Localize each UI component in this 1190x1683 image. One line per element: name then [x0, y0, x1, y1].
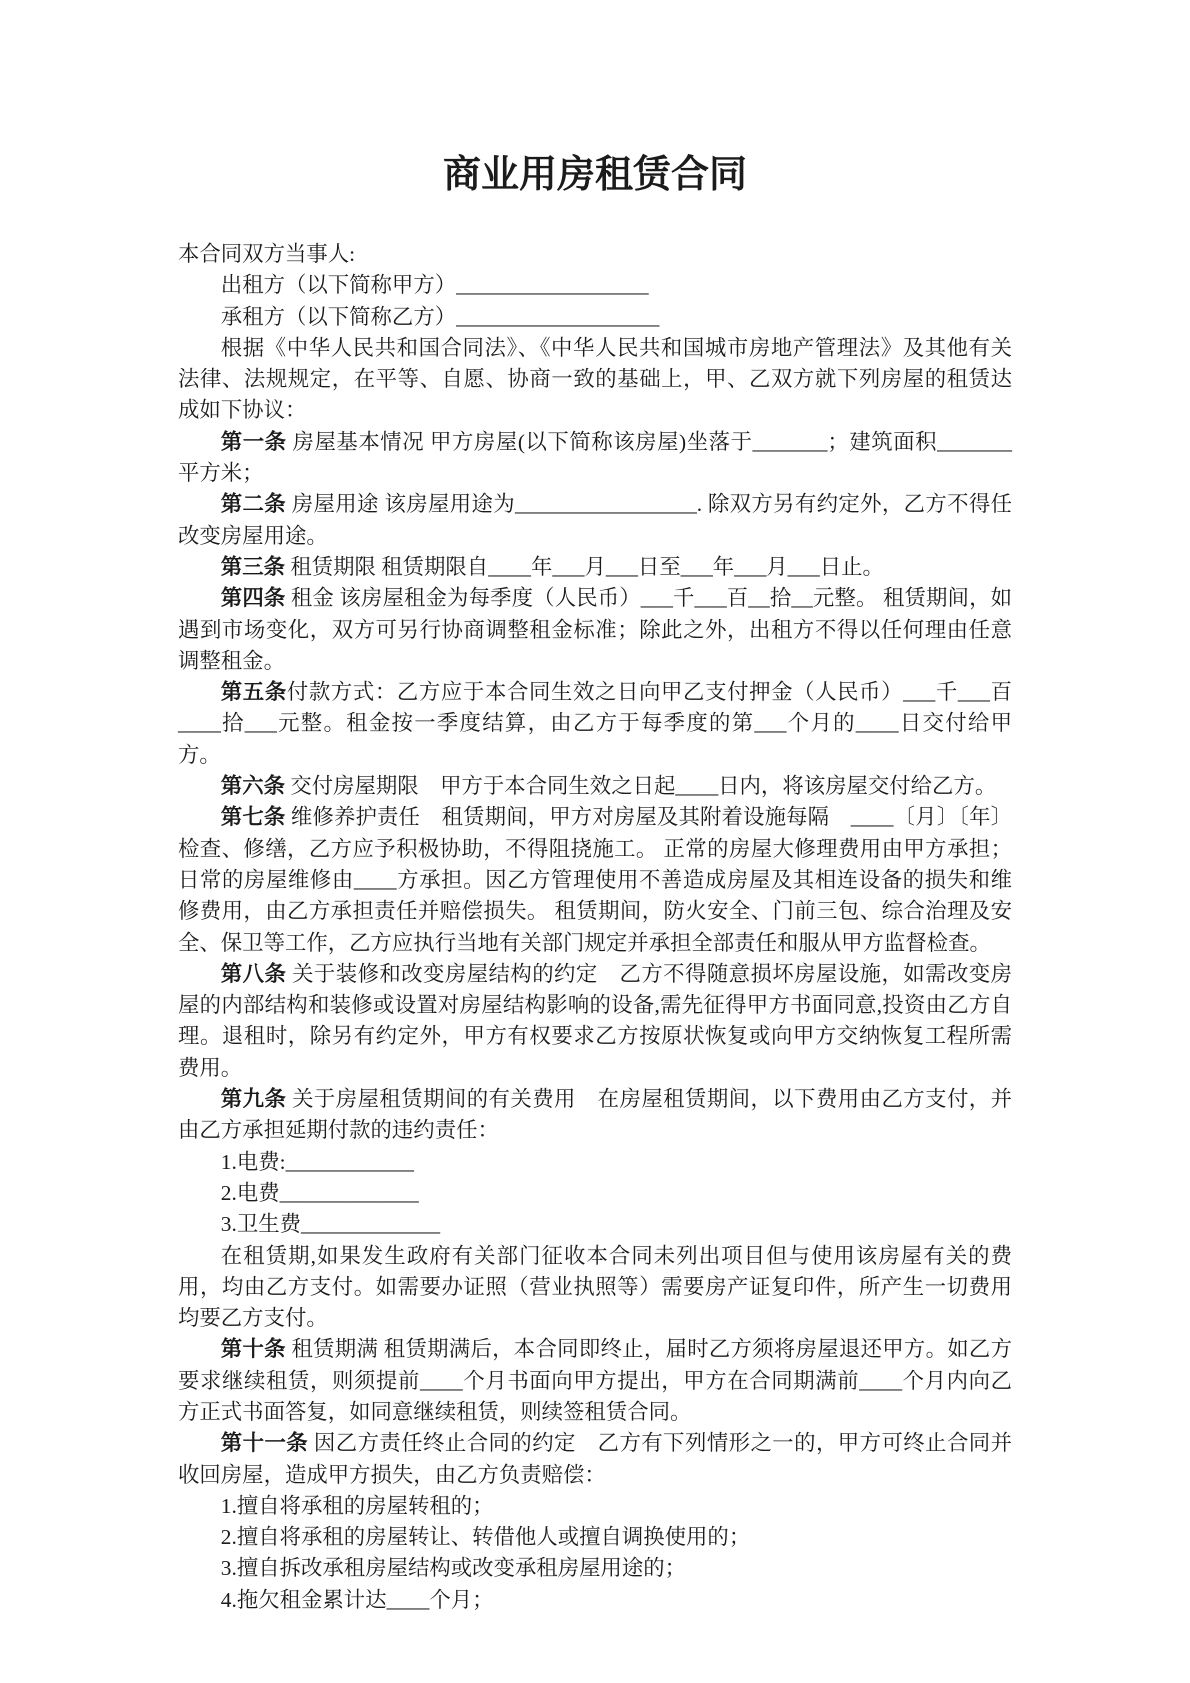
- contract-paragraph: 2.电费_____________: [178, 1178, 1012, 1209]
- paragraph-text: 房屋基本情况 甲方房屋(以下简称该房屋)坐落于_______；建筑面积_____…: [178, 430, 1012, 485]
- contract-paragraph: 本合同双方当事人:: [178, 239, 1012, 270]
- paragraph-text: 1.电费:____________: [221, 1150, 414, 1174]
- contract-paragraph: 第十条 租赁期满 租赁期满后，本合同即终止，届时乙方须将房屋退还甲方。如乙方要求…: [178, 1334, 1012, 1428]
- paragraph-text: 1.擅自将承租的房屋转租的；: [221, 1494, 494, 1518]
- contract-page: 商业用房租赁合同 本合同双方当事人:出租方（以下简称甲方）___________…: [0, 0, 1190, 1683]
- paragraph-text: 4.拖欠租金累计达____个月；: [221, 1588, 494, 1612]
- article-number: 第九条: [221, 1087, 287, 1111]
- contract-paragraph: 3.擅自拆改承租房屋结构或改变承租房屋用途的；: [178, 1553, 1012, 1584]
- contract-paragraph: 出租方（以下简称甲方）__________________: [178, 270, 1012, 301]
- contract-paragraph: 1.擅自将承租的房屋转租的；: [178, 1491, 1012, 1522]
- article-number: 第二条: [221, 492, 286, 516]
- paragraph-text: 维修养护责任 租赁期间，甲方对房屋及其附着设施每隔 ____〔月〕〔年〕检查、修…: [178, 805, 1012, 954]
- contract-paragraph: 第九条 关于房屋租赁期间的有关费用 在房屋租赁期间，以下费用由乙方支付，并由乙方…: [178, 1084, 1012, 1147]
- contract-paragraph: 3.卫生费_____________: [178, 1209, 1012, 1240]
- paragraph-text: 根据《中华人民共和国合同法》、《中华人民共和国城市房地产管理法》及其他有关法律、…: [178, 336, 1012, 423]
- article-number: 第八条: [221, 962, 287, 986]
- paragraph-text: 付款方式：乙方应于本合同生效之日向甲乙支付押金（人民币）___千___百____…: [178, 680, 1012, 767]
- contract-paragraph: 第六条 交付房屋期限 甲方于本合同生效之日起____日内，将该房屋交付给乙方。: [178, 771, 1012, 802]
- article-number: 第一条: [221, 430, 287, 454]
- article-number: 第十条: [221, 1337, 286, 1361]
- paragraph-text: 2.电费_____________: [221, 1181, 419, 1205]
- paragraph-text: 租金 该房屋租金为每季度（人民币）___千___百__拾__元整。 租赁期间，如…: [178, 586, 1012, 673]
- contract-paragraph: 1.电费:____________: [178, 1147, 1012, 1178]
- contract-paragraph: 第三条 租赁期限 租赁期限自____年___月___日至___年___月___日…: [178, 552, 1012, 583]
- paragraph-text: 房屋用途 该房屋用途为_________________. 除双方另有约定外，乙…: [178, 492, 1012, 547]
- paragraph-text: 关于房屋租赁期间的有关费用 在房屋租赁期间，以下费用由乙方支付，并由乙方承担延期…: [178, 1087, 1012, 1142]
- article-number: 第十一条: [221, 1431, 308, 1455]
- contract-paragraph: 第七条 维修养护责任 租赁期间，甲方对房屋及其附着设施每隔 ____〔月〕〔年〕…: [178, 802, 1012, 958]
- contract-paragraph: 承租方（以下简称乙方）___________________: [178, 302, 1012, 333]
- document-title: 商业用房租赁合同: [178, 150, 1012, 200]
- contract-paragraph: 根据《中华人民共和国合同法》、《中华人民共和国城市房地产管理法》及其他有关法律、…: [178, 333, 1012, 427]
- paragraph-text: 3.擅自拆改承租房屋结构或改变承租房屋用途的；: [221, 1556, 686, 1580]
- paragraph-text: 租赁期满 租赁期满后，本合同即终止，届时乙方须将房屋退还甲方。如乙方要求继续租赁…: [178, 1337, 1012, 1424]
- paragraph-text: 2.擅自将承租的房屋转让、转借他人或擅自调换使用的；: [221, 1525, 750, 1549]
- article-number: 第五条: [221, 680, 287, 704]
- paragraph-text: 出租方（以下简称甲方）__________________: [221, 273, 649, 297]
- article-number: 第四条: [221, 586, 286, 610]
- contract-paragraph: 4.拖欠租金累计达____个月；: [178, 1585, 1012, 1616]
- contract-paragraph: 2.擅自将承租的房屋转让、转借他人或擅自调换使用的；: [178, 1522, 1012, 1553]
- article-number: 第六条: [221, 774, 285, 798]
- article-number: 第三条: [221, 555, 285, 579]
- contract-paragraph: 第五条付款方式：乙方应于本合同生效之日向甲乙支付押金（人民币）___千___百_…: [178, 677, 1012, 771]
- paragraph-text: 3.卫生费_____________: [221, 1212, 440, 1236]
- paragraph-text: 租赁期限 租赁期限自____年___月___日至___年___月___日止。: [285, 555, 884, 579]
- contract-paragraph: 第八条 关于装修和改变房屋结构的约定 乙方不得随意损坏房屋设施，如需改变房屋的内…: [178, 959, 1012, 1084]
- paragraph-text: 关于装修和改变房屋结构的约定 乙方不得随意损坏房屋设施，如需改变房屋的内部结构和…: [178, 962, 1012, 1080]
- contract-paragraph: 第十一条 因乙方责任终止合同的约定 乙方有下列情形之一的，甲方可终止合同并收回房…: [178, 1428, 1012, 1491]
- paragraph-text: 承租方（以下简称乙方）___________________: [221, 305, 660, 329]
- paragraph-text: 交付房屋期限 甲方于本合同生效之日起____日内，将该房屋交付给乙方。: [285, 774, 996, 798]
- paragraph-text: 在租赁期,如果发生政府有关部门征收本合同未列出项目但与使用该房屋有关的费用，均由…: [178, 1244, 1012, 1331]
- contract-paragraph: 第一条 房屋基本情况 甲方房屋(以下简称该房屋)坐落于_______；建筑面积_…: [178, 427, 1012, 490]
- contract-paragraph: 第四条 租金 该房屋租金为每季度（人民币）___千___百__拾__元整。 租赁…: [178, 583, 1012, 677]
- paragraph-text: 本合同双方当事人:: [178, 242, 355, 266]
- contract-body: 本合同双方当事人:出租方（以下简称甲方）__________________承租…: [178, 239, 1012, 1616]
- article-number: 第七条: [221, 805, 286, 829]
- contract-paragraph: 在租赁期,如果发生政府有关部门征收本合同未列出项目但与使用该房屋有关的费用，均由…: [178, 1241, 1012, 1335]
- contract-paragraph: 第二条 房屋用途 该房屋用途为_________________. 除双方另有约…: [178, 489, 1012, 552]
